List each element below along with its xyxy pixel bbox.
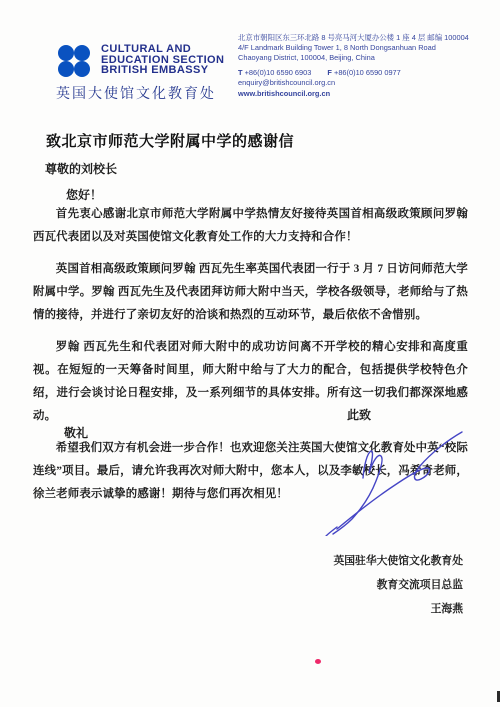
website-url: www.britishcouncil.org.cn [238,89,478,99]
signature-stroke [333,451,382,534]
paragraph-3: 罗翰 西瓦先生和代表团对师大附中的成功访问离不开学校的精心安排和高度重视。在短短… [33,336,468,428]
org-name-chinese: 英国大使馆文化教育处 [56,83,216,103]
logo-dot-icon [74,61,90,77]
address-english-line2: Chaoyang District, 100004, Beijing, Chin… [238,53,478,63]
closing-phrase-jingli: 敬礼 [64,424,88,441]
org-name-line3: BRITISH EMBASSY [101,65,224,76]
signoff-block: 英国驻华大使馆文化教育处 教育交流项目总监 王海燕 [333,549,463,621]
salutation: 尊敬的刘校长 [45,160,117,177]
british-council-four-dots-icon [58,45,92,78]
paragraph-2: 英国首相高级政策顾问罗翰 西瓦先生率英国代表团一行于 3 月 7 日访问师范大学… [33,258,468,327]
phone-fax-line: T +86(0)10 6590 6903 F +86(0)10 6590 097… [238,68,478,78]
fax-label: F [327,68,332,77]
fax-number: +86(0)10 6590 0977 [334,68,401,77]
paragraph-1: 首先衷心感谢北京市师范大学附属中学热情友好接待英国首相高级政策顾问罗翰 西瓦代表… [33,203,468,249]
org-name-line1: CULTURAL AND [101,44,224,55]
address-english-line1: 4/F Landmark Building Tower 1, 8 North D… [238,43,478,53]
tel-number: +86(0)10 6590 6903 [245,68,312,77]
address-chinese: 北京市朝阳区东三环北路 8 号亮马河大厦办公楼 1 座 4 层 邮编 10000… [238,33,478,43]
tel-label: T [238,68,243,77]
red-ink-dot-artifact [315,659,321,664]
greeting: 您好！ [66,186,102,203]
signature-stroke [326,527,337,536]
scanned-letter-page: CULTURAL AND EDUCATION SECTION BRITISH E… [0,0,500,707]
logo-dot-icon [74,45,90,61]
closing-phrase-zhizhi: 此致 [347,406,371,423]
signoff-organization: 英国驻华大使馆文化教育处 [333,549,463,573]
handwritten-signature [320,424,470,536]
signature-stroke [337,432,462,529]
signoff-job-title: 教育交流项目总监 [333,573,463,597]
letter-title: 致北京市师范大学附属中学的感谢信 [46,130,294,151]
logo-dot-icon [58,45,74,61]
contact-block: 北京市朝阳区东三环北路 8 号亮马河大厦办公楼 1 座 4 层 邮编 10000… [238,33,478,99]
logo-dot-icon [58,61,74,77]
org-name-english: CULTURAL AND EDUCATION SECTION BRITISH E… [101,44,224,76]
email-address: enquiry@britishcouncil.org.cn [238,78,478,88]
signoff-name: 王海燕 [333,597,463,621]
